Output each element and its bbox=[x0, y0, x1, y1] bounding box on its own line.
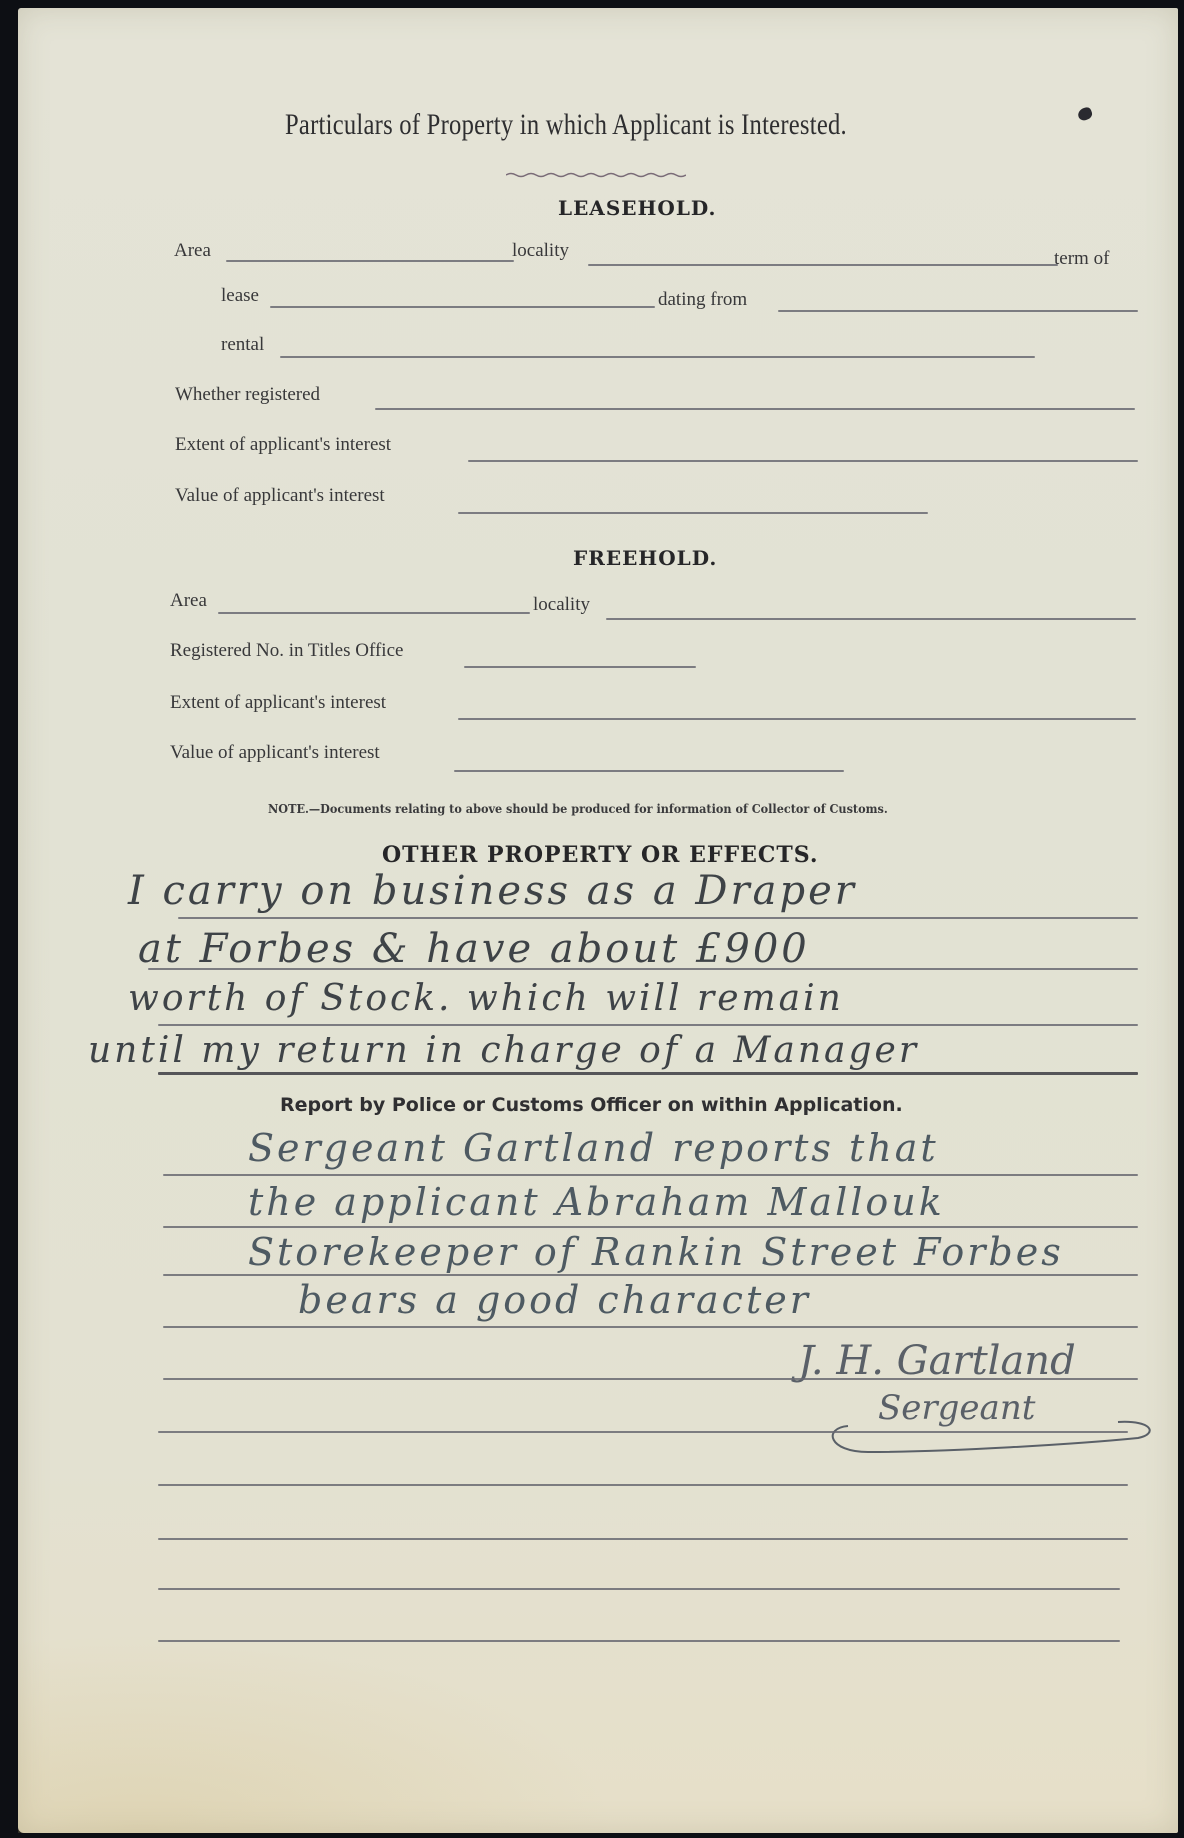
leasehold-extent-label: Extent of applicant's interest bbox=[175, 434, 391, 456]
leasehold-rental-label: rental bbox=[221, 334, 264, 356]
leasehold-dating-label: dating from bbox=[658, 289, 747, 311]
handwritten-line: worth of Stock. which will remain bbox=[128, 978, 844, 1019]
effects-line-3[interactable] bbox=[158, 1024, 1138, 1026]
leasehold-lease-label: lease bbox=[221, 285, 259, 307]
freehold-value-field[interactable] bbox=[454, 770, 844, 772]
leasehold-registered-field[interactable] bbox=[375, 408, 1135, 410]
ink-blot bbox=[1076, 106, 1093, 122]
report-line-5[interactable] bbox=[163, 1378, 1138, 1380]
freehold-locality-field[interactable] bbox=[606, 618, 1136, 620]
leasehold-locality-label: locality bbox=[512, 240, 569, 262]
report-line-3[interactable] bbox=[163, 1274, 1138, 1276]
leasehold-locality-field[interactable] bbox=[588, 264, 1058, 266]
freehold-heading: FREEHOLD. bbox=[573, 546, 717, 570]
leasehold-value-field[interactable] bbox=[458, 512, 928, 514]
report-line-6[interactable] bbox=[158, 1431, 1128, 1433]
handwritten-line: at Forbes & have about £900 bbox=[138, 926, 810, 972]
page-title: Particulars of Property in which Applica… bbox=[285, 108, 847, 142]
handwritten-line: the applicant Abraham Mallouk bbox=[248, 1180, 945, 1224]
freehold-extent-field[interactable] bbox=[458, 718, 1136, 720]
report-heading: Report by Police or Customs Officer on w… bbox=[280, 1094, 903, 1116]
title-ornament bbox=[506, 171, 686, 179]
report-line-8[interactable] bbox=[158, 1538, 1128, 1540]
leasehold-dating-field[interactable] bbox=[778, 310, 1138, 312]
leasehold-registered-label: Whether registered bbox=[175, 384, 320, 406]
effects-line-4[interactable] bbox=[158, 1072, 1138, 1075]
customs-note: NOTE.—Documents relating to above should… bbox=[268, 801, 888, 816]
freehold-locality-label: locality bbox=[533, 594, 590, 616]
report-line-10[interactable] bbox=[158, 1640, 1120, 1642]
report-line-1[interactable] bbox=[163, 1174, 1138, 1176]
freehold-registered-no-label: Registered No. in Titles Office bbox=[170, 640, 403, 662]
leasehold-value-label: Value of applicant's interest bbox=[175, 485, 385, 507]
freehold-area-label: Area bbox=[170, 590, 207, 612]
signature-flourish bbox=[828, 1418, 1158, 1458]
leasehold-lease-field[interactable] bbox=[270, 306, 655, 308]
leasehold-extent-field[interactable] bbox=[468, 460, 1138, 462]
handwritten-line: Storekeeper of Rankin Street Forbes bbox=[248, 1230, 1064, 1274]
freehold-extent-label: Extent of applicant's interest bbox=[170, 692, 386, 714]
report-line-4[interactable] bbox=[163, 1326, 1138, 1328]
leasehold-term-label: term of bbox=[1054, 248, 1109, 270]
handwritten-line: I carry on business as a Draper bbox=[128, 868, 857, 914]
report-line-9[interactable] bbox=[158, 1588, 1120, 1590]
effects-line-2[interactable] bbox=[148, 968, 1138, 970]
leasehold-rental-field[interactable] bbox=[280, 356, 1035, 358]
other-property-heading: OTHER PROPERTY OR EFFECTS. bbox=[382, 842, 819, 868]
handwritten-line: Sergeant Gartland reports that bbox=[248, 1126, 939, 1170]
handwritten-line: bears a good character bbox=[298, 1278, 811, 1322]
report-line-7[interactable] bbox=[158, 1484, 1128, 1486]
freehold-registered-no-field[interactable] bbox=[464, 666, 696, 668]
leasehold-area-label: Area bbox=[174, 240, 211, 262]
freehold-value-label: Value of applicant's interest bbox=[170, 742, 380, 764]
freehold-area-field[interactable] bbox=[218, 612, 530, 614]
effects-line-1[interactable] bbox=[178, 917, 1138, 919]
leasehold-heading: LEASEHOLD. bbox=[558, 196, 717, 220]
leasehold-area-field[interactable] bbox=[226, 260, 514, 262]
report-line-2[interactable] bbox=[163, 1226, 1138, 1228]
handwritten-line: until my return in charge of a Manager bbox=[88, 1030, 919, 1071]
document-page: Particulars of Property in which Applica… bbox=[18, 8, 1178, 1833]
